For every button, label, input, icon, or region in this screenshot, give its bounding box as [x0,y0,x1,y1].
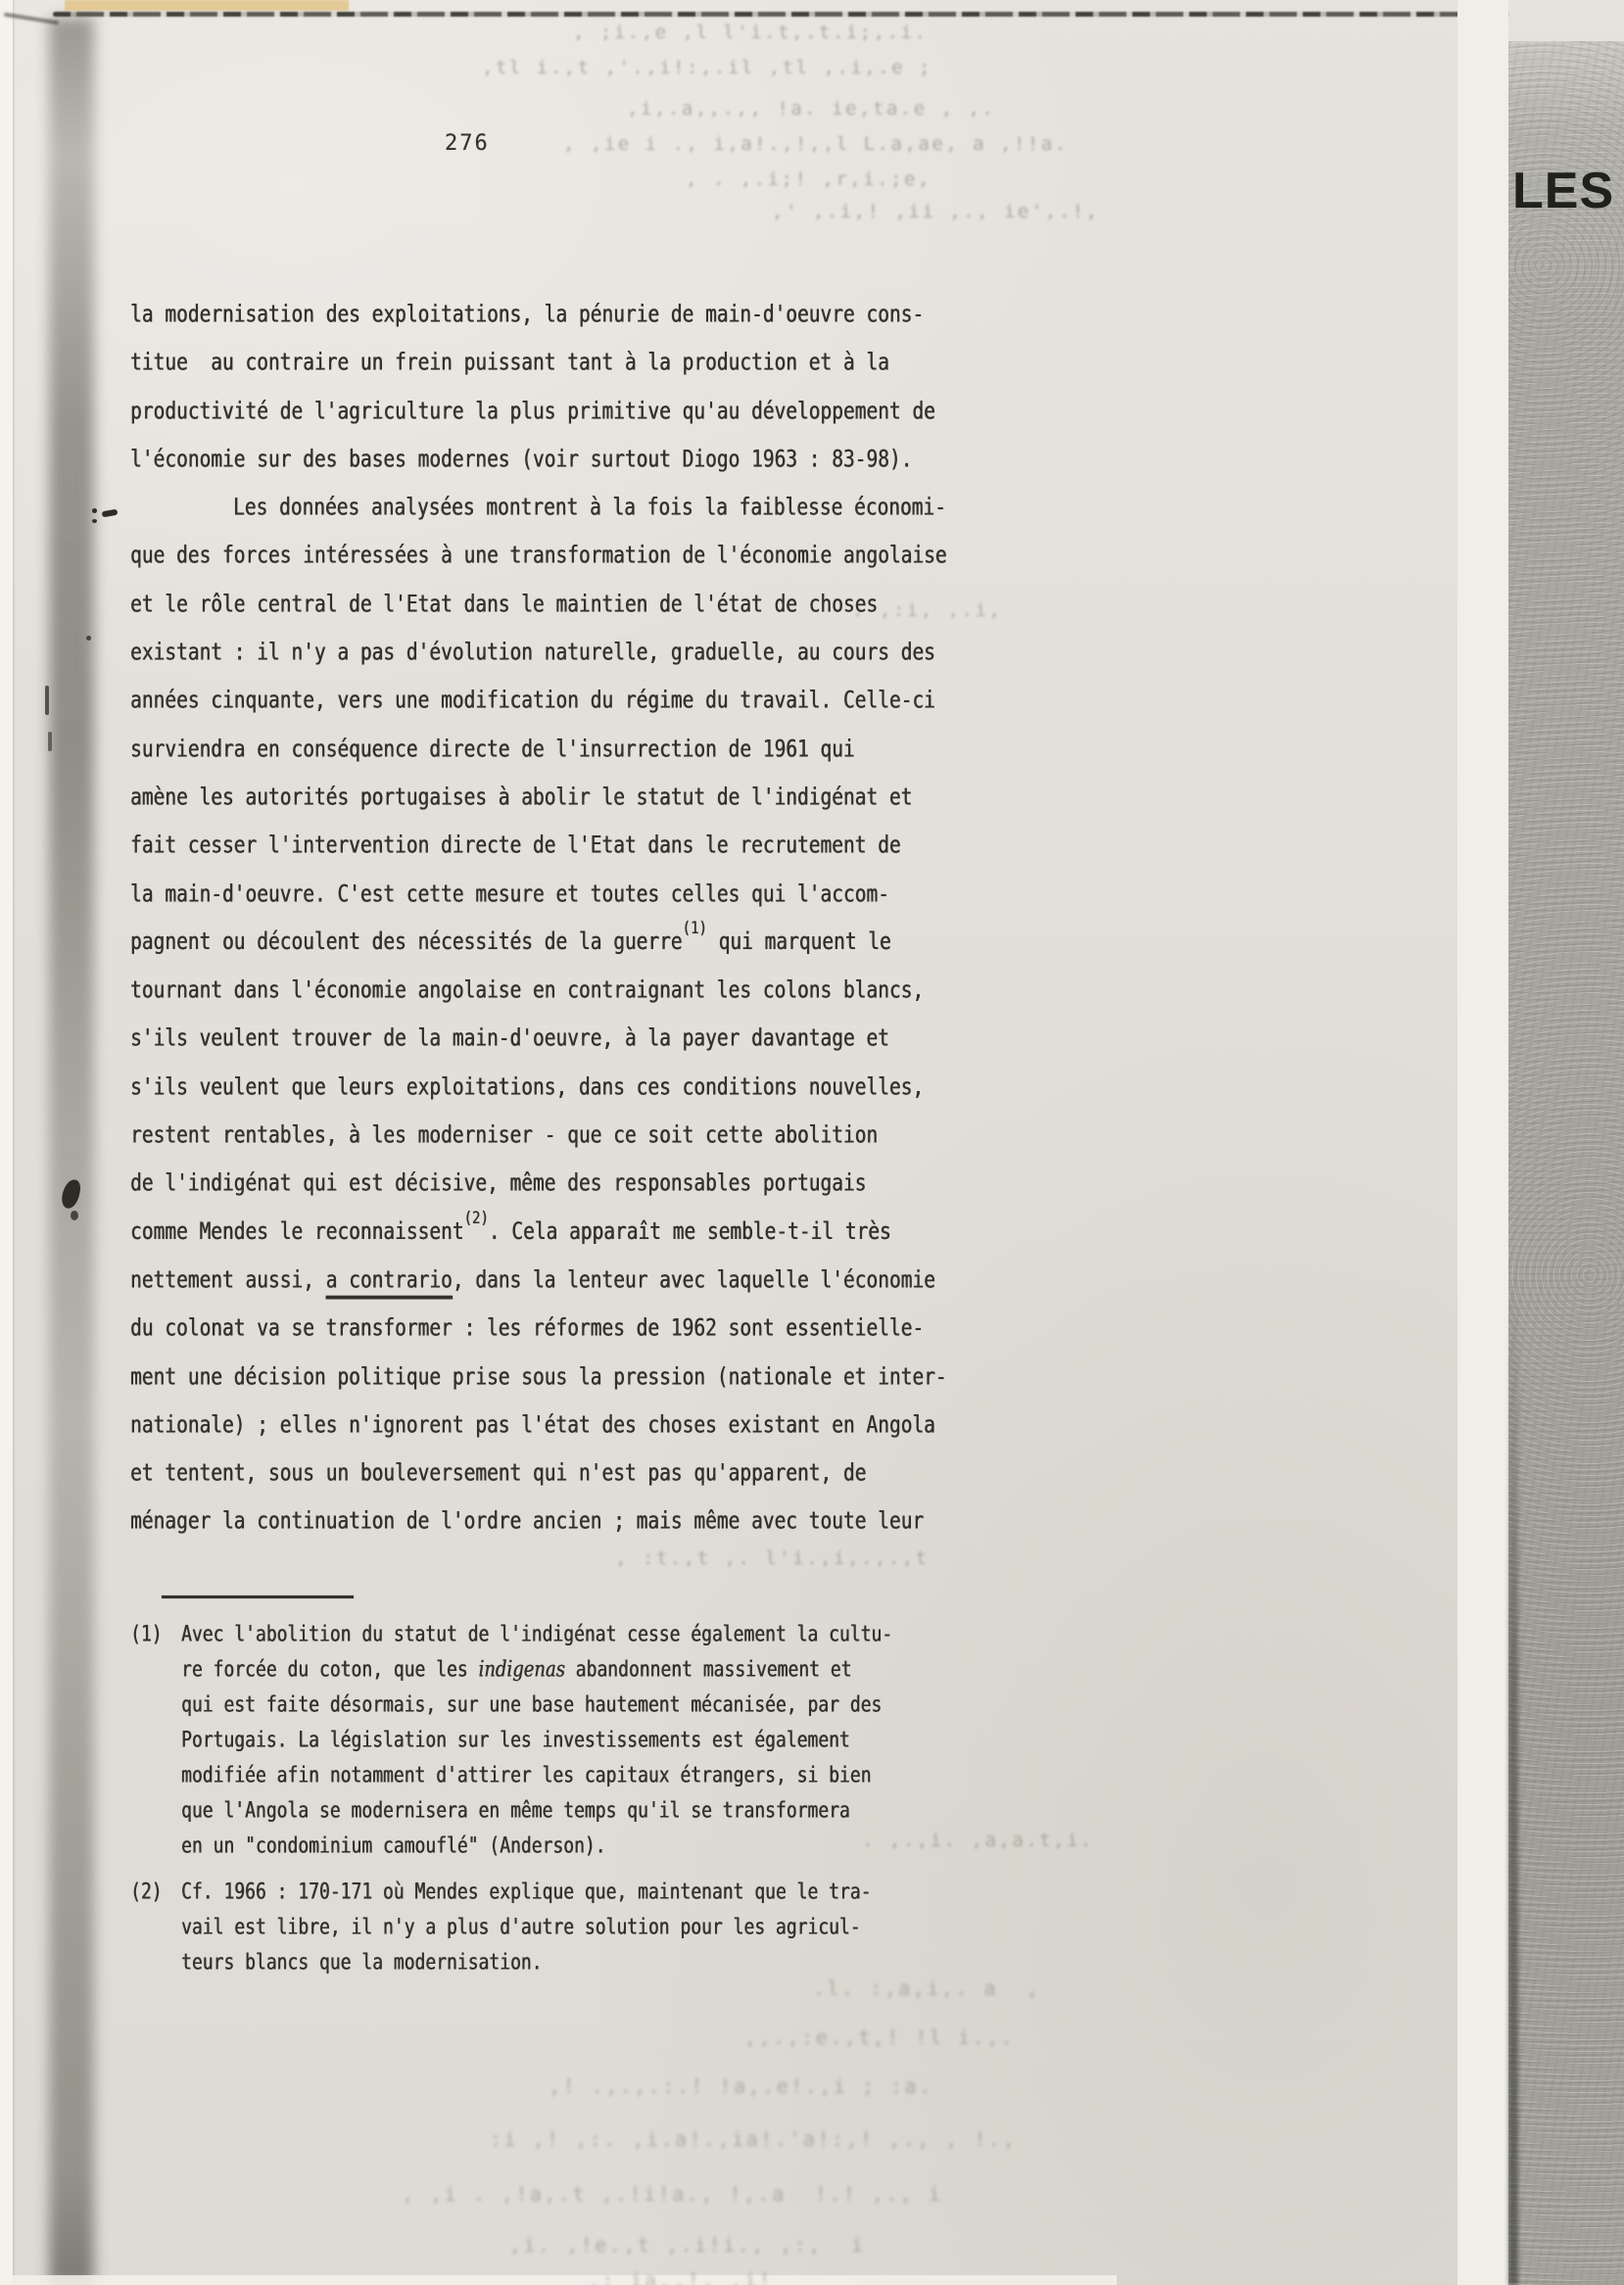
text-line: fait cesser l'intervention directe de l'… [130,822,992,870]
footnote-divider [162,1595,354,1598]
text-segment: . Cela apparaît me semble-t-il très [489,1217,891,1245]
text-segment: que l'Angola se modernisera en même temp… [181,1798,850,1824]
ghost-text: . ,.,i. ,a,a.t,i. [862,1830,1094,1851]
text-segment: la main-d'oeuvre. C'est cette mesure et … [130,880,889,907]
text-segment: amène les autorités portugaises à abolir… [130,783,912,810]
adjacent-cover-band: LES [1508,41,1624,2285]
text-segment: s'ils veulent trouver de la main-d'oeuvr… [130,1024,889,1052]
top-edge-line [53,12,1508,17]
text-segment: comme Mendes le reconnaissent [130,1217,463,1245]
text-segment: Cf. 1966 : 170-171 où Mendes explique qu… [181,1880,871,1905]
footnote-marker-text: (2) [130,1871,163,1914]
text-segment: tournant dans l'économie angolaise en co… [130,976,924,1004]
text-segment: et tentent, sous un bouleversement qui n… [130,1458,866,1486]
text-segment: la modernisation des exploitations, la p… [130,300,924,327]
text-segment: a contrario [326,1265,453,1293]
ink-smudge [71,1211,78,1220]
text-segment: de l'indigénat qui est décisive, même de… [130,1169,866,1197]
page-right-edge [1457,0,1508,2285]
ghost-text: .l. :,a,i,. a , [813,1976,1041,2000]
text-segment: nationale) ; elles n'ignorent pas l'état… [130,1410,935,1438]
footnote-marker-text: (1) [130,1613,163,1656]
text-segment: du colonat va se transformer : les réfor… [130,1314,924,1342]
ghost-text: ,i,.a,,.,, !a. ie,ta.e , ,. [627,98,995,119]
text-segment: indigenas [478,1657,564,1683]
text-line: productivité de l'agriculture la plus pr… [130,388,992,436]
text-segment: surviendra en conséquence directe de l'i… [130,735,855,762]
text-line-content: ménager la continuation de l'ordre ancie… [130,1492,924,1550]
footnote: (2)Cf. 1966 : 170-171 où Mendes explique… [130,1876,1002,1981]
footnote: (1)Avec l'abolition du statut de l'indig… [130,1618,1002,1865]
ink-mark [92,519,97,523]
footnote-marker: (2) [130,1876,181,1981]
text-line: ménager la continuation de l'ordre ancie… [130,1498,992,1546]
text-segment: vail est libre, il n'y a plus d'autre so… [181,1915,861,1940]
ink-mark [102,509,119,518]
ghost-text: ,' ,.i,! ,ii ,., ie',.!, [772,201,1100,222]
text-segment: modifiée afin notamment d'attirer les ca… [181,1763,871,1788]
ghost-text: , . ,.i;! ,r,i.;e, [686,168,931,190]
text-line-content: en un "condominium camouflé" (Anderson). [181,1825,605,1868]
text-line-content: teurs blancs que la modernisation. [181,1941,542,1984]
footnote-ref: (1) [683,919,707,938]
footnote-lines: Avec l'abolition du statut de l'indigéna… [181,1618,1002,1865]
page-number: 276 [445,131,490,156]
text-segment: productivité de l'agriculture la plus pr… [130,397,935,424]
text-line: s'ils veulent trouver de la main-d'oeuvr… [130,1015,992,1063]
top-tape-stain [65,0,349,11]
text-segment: que des forces intéressées à une transfo… [130,542,947,569]
text-segment: teurs blancs que la modernisation. [181,1950,542,1976]
page-bottom-edge [0,2275,1117,2285]
text-segment: existant : il n'y a pas d'évolution natu… [130,638,935,665]
text-segment: Portugais. La législation sur les invest… [181,1728,850,1753]
footnote-lines: Cf. 1966 : 170-171 où Mendes explique qu… [181,1876,1002,1981]
text-line: titue au contraire un frein puissant tan… [130,339,992,387]
text-segment: s'ils veulent que leurs exploitations, d… [130,1072,924,1100]
text-segment: ment une décision politique prise sous l… [130,1362,947,1390]
ink-mark [92,508,97,513]
text-segment: nettement aussi, [130,1265,326,1293]
text-segment: titue au contraire un frein puissant tan… [130,349,889,376]
ghost-text: , ,ie i ., i,a!.,!,,l L.a,ae, a ,!!a. [563,133,1069,155]
text-segment: re forcée du coton, que les [181,1657,478,1683]
text-line: que des forces intéressées à une transfo… [130,532,992,580]
text-segment: ménager la continuation de l'ordre ancie… [130,1507,924,1535]
text-segment: restent rentables, à les moderniser - qu… [130,1120,878,1148]
ghost-text: ,! .,.,.:.! !a,.e!.,i ; :a. [549,2074,933,2098]
ink-mark [48,732,52,751]
text-segment: et le rôle central de l'Etat dans le mai… [130,590,878,617]
body-text: la modernisation des exploitations, la p… [130,291,992,1547]
left-gutter-shadow [49,18,94,2285]
ghost-text: :i ,! ,:. ,i.a!.,ia!.'a!:,! ,., , !., [490,2127,1017,2151]
text-segment: abandonnent massivement et [565,1657,852,1683]
ink-mark [86,636,91,641]
text-line: années cinquante, vers une modification … [130,677,992,725]
text-segment: Les données analysées montrent à la fois… [233,494,946,521]
text-segment: en un "condominium camouflé" (Anderson). [181,1833,605,1859]
text-line: du colonat va se transformer : les réfor… [130,1305,992,1353]
text-segment: qui marquent le [707,928,891,955]
ghost-text: , ,i . ,!a,.t ,.!i!a., !,.a !.! ,., i [402,2182,943,2206]
text-segment: années cinquante, vers une modification … [130,687,935,714]
text-segment: fait cesser l'intervention directe de l'… [130,832,901,859]
footnote-ref: (2) [463,1209,488,1228]
footnote-marker: (1) [130,1618,181,1865]
margin-label: LES [1512,162,1614,220]
footnotes: (1)Avec l'abolition du statut de l'indig… [130,1618,1002,1992]
ghost-text: ,i. ,!e.,t ,.i!i., ,:, i [509,2233,866,2257]
ink-mark [45,686,49,715]
ghost-text: ,,.,:e.,t,! !l i.,. [744,2025,1015,2049]
ghost-text: ,tl i.,t ,'.,i!:,.il ,tl ,.i,.e ; [482,57,932,78]
ghost-text: . ,:i, ,.i, [852,599,1002,621]
text-segment: Avec l'abolition du statut de l'indigéna… [181,1622,892,1647]
ghost-text: ,: ia,,!. ,i! [588,2268,773,2285]
text-segment: pagnent ou découlent des nécessités de l… [130,928,683,955]
text-segment: qui est faite désormais, sur une base ha… [181,1692,882,1718]
ghost-text: , :t.,t ,. l'i.,i,.,.,t [615,1547,930,1569]
ghost-text: , ;i.,e ,l l'i.t,.t.i;,.i. [573,22,928,43]
text-line: ment une décision politique prise sous l… [130,1354,992,1402]
text-segment: , dans la lenteur avec laquelle l'économ… [453,1265,935,1293]
text-segment: l'économie sur des bases modernes (voir … [130,445,912,472]
page-left-edge [0,0,13,2285]
